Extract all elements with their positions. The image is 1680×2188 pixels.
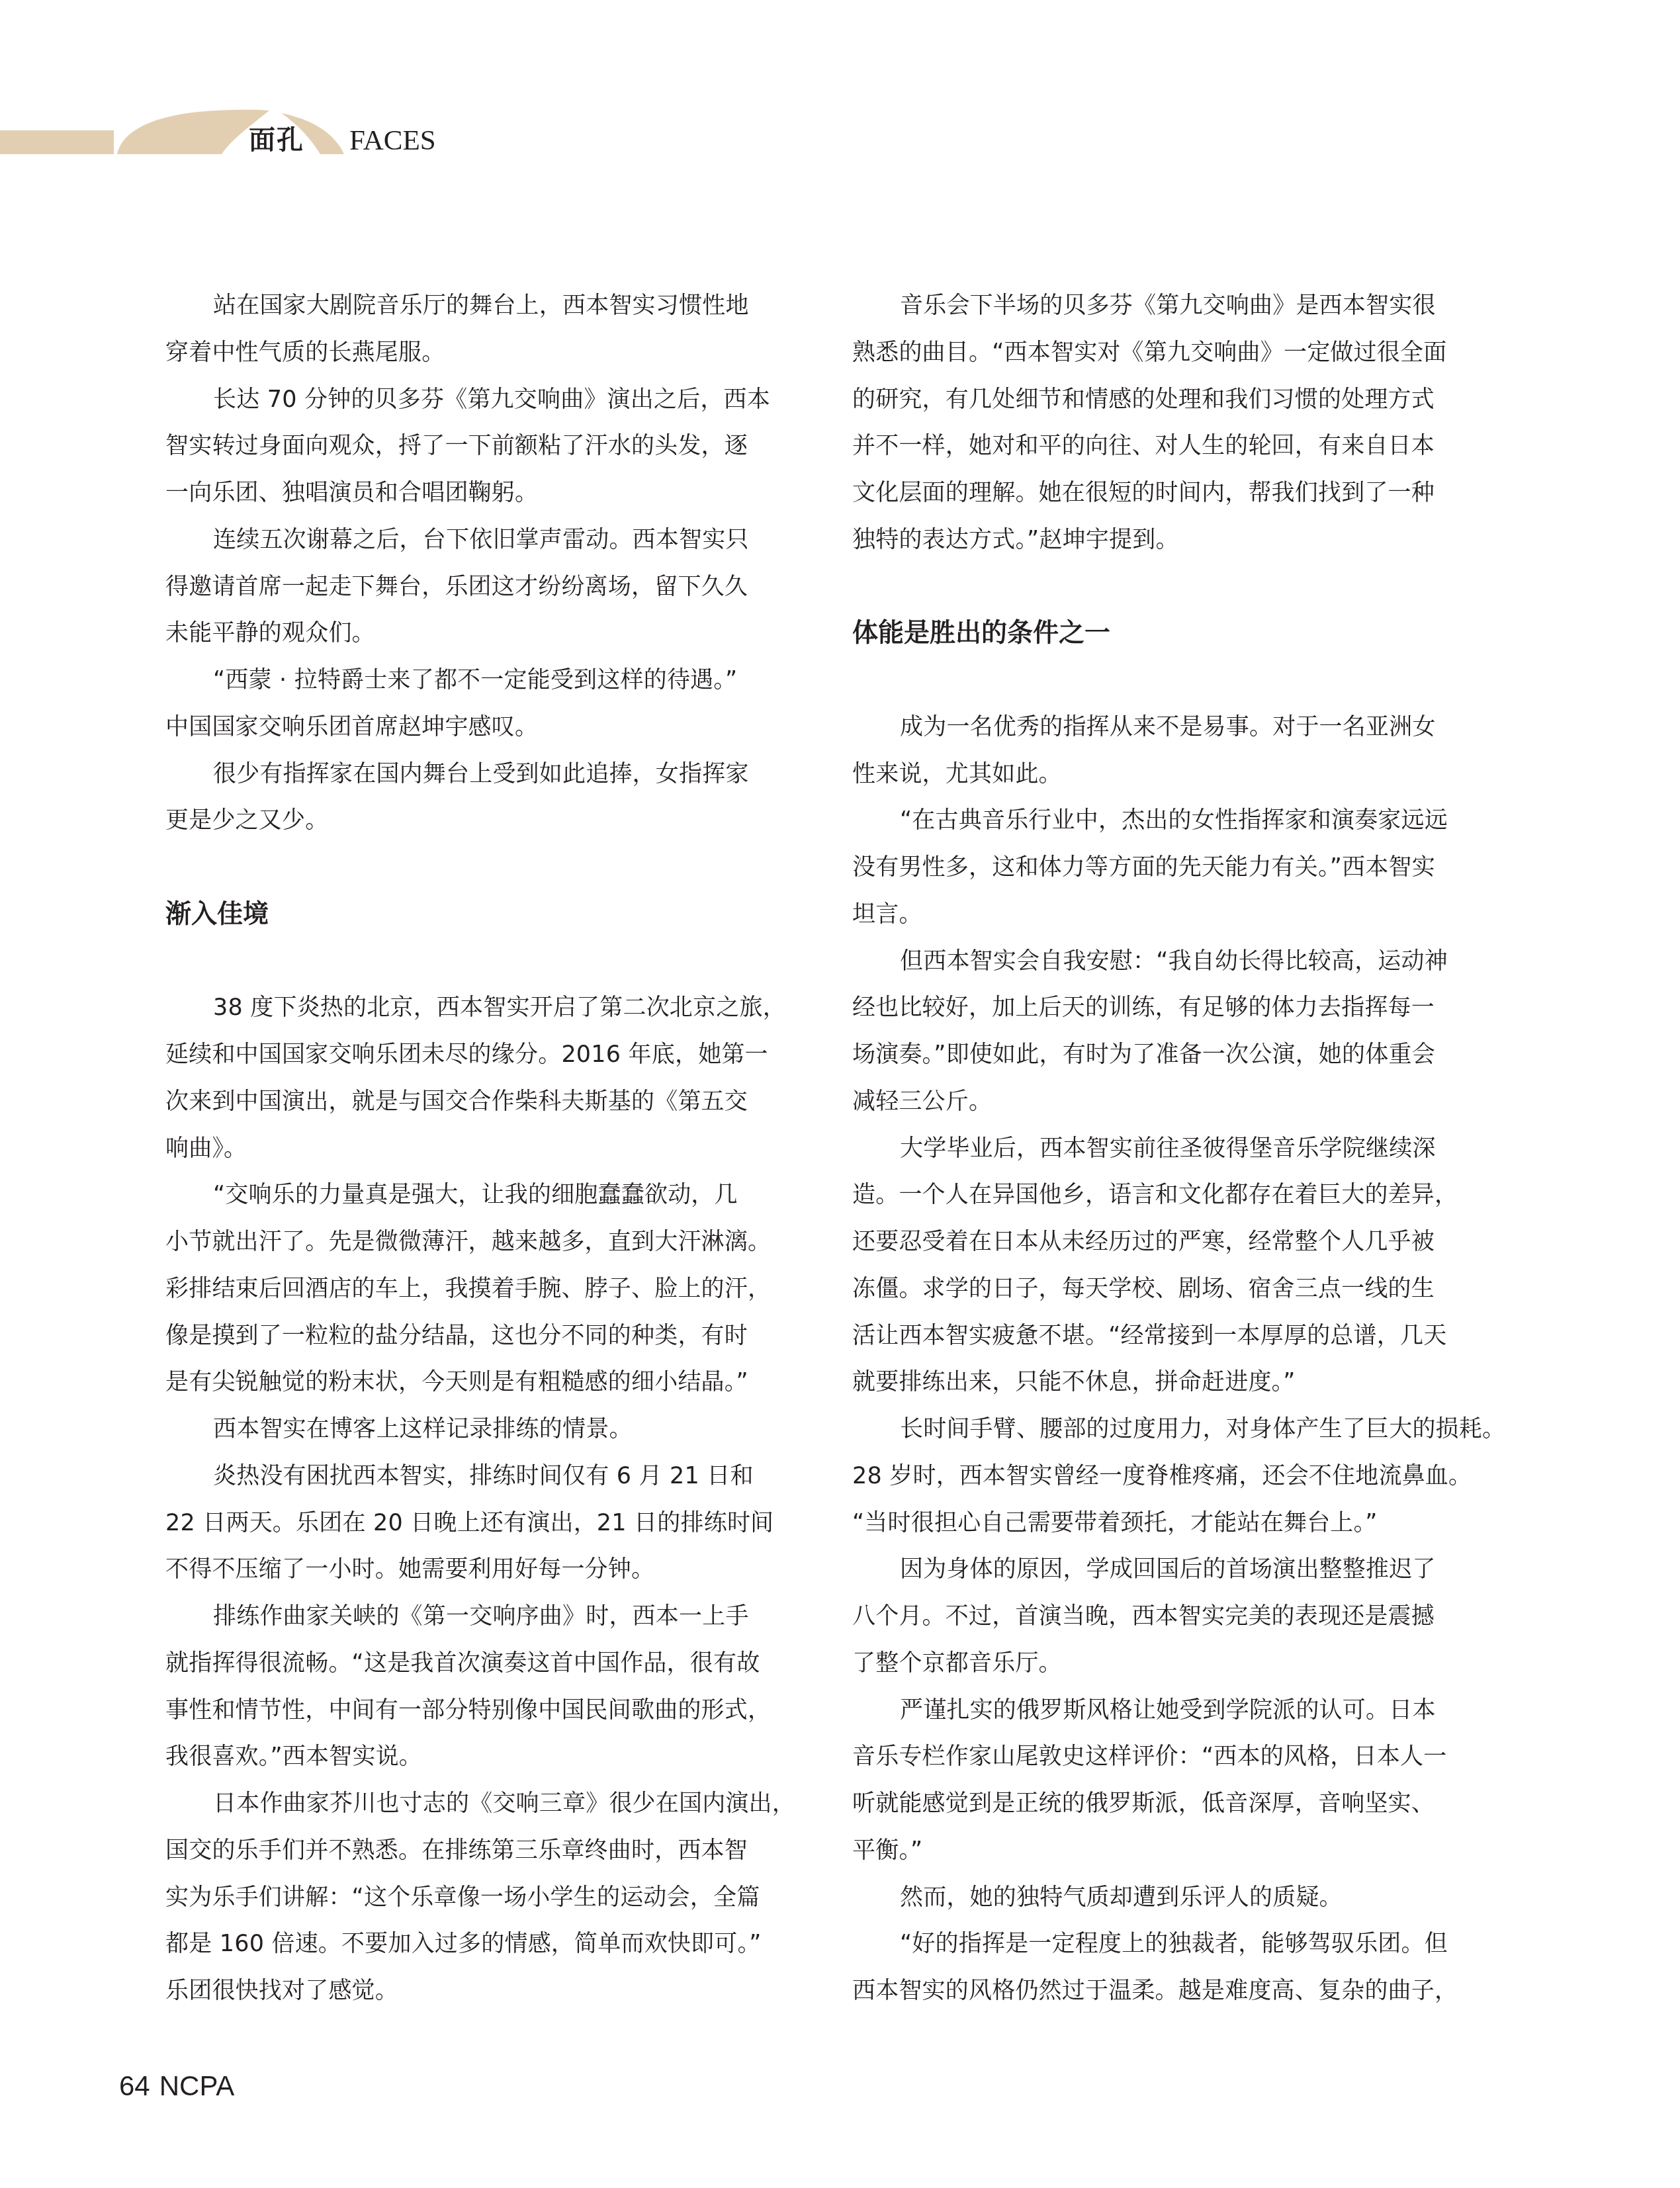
paragraph: “在古典音乐行业中，杰出的女性指挥家和演奏家远远没有男性多，这和体力等方面的先天…	[852, 797, 1504, 938]
text-line: 日本作曲家芥川也寸志的《交响三章》很少在国内演出，	[165, 1780, 817, 1827]
page-number: 64	[119, 2070, 150, 2101]
right-column: 音乐会下半场的贝多芬《第九交响曲》是西本智实很熟悉的曲目。“西本智实对《第九交响…	[852, 283, 1504, 2015]
text-line: 坦言。	[852, 891, 1504, 938]
header-dome	[117, 110, 269, 154]
text-line: 冻僵。求学的日子，每天学校、剧场、宿舍三点一线的生	[852, 1266, 1504, 1313]
text-line: 智实转过身面向观众，捋了一下前额粘了汗水的头发，逐	[165, 423, 817, 470]
text-line: 独特的表达方式。”赵坤宇提到。	[852, 517, 1504, 564]
text-line: 更是少之又少。	[165, 797, 817, 844]
text-line: 炎热没有困扰西本智实，排练时间仅有 6 月 21 日和	[165, 1453, 817, 1500]
paragraph: 连续五次谢幕之后，台下依旧掌声雷动。西本智实只得邀请首席一起走下舞台，乐团这才纷…	[165, 517, 817, 657]
paragraph: 音乐会下半场的贝多芬《第九交响曲》是西本智实很熟悉的曲目。“西本智实对《第九交响…	[852, 283, 1504, 564]
text-line: “交响乐的力量真是强大，让我的细胞蠢蠢欲动，几	[165, 1172, 817, 1219]
text-line: “西蒙 · 拉特爵士来了都不一定能受到这样的待遇。”	[165, 657, 817, 704]
text-line: 还要忍受着在日本从未经历过的严寒，经常整个人几乎被	[852, 1219, 1504, 1266]
text-line: 28 岁时，西本智实曾经一度脊椎疼痛，还会不住地流鼻血。	[852, 1453, 1504, 1500]
text-line: 熟悉的曲目。“西本智实对《第九交响曲》一定做过很全面	[852, 329, 1504, 376]
left-section: 38 度下炎热的北京，西本智实开启了第二次北京之旅，延续和中国国家交响乐团未尽的…	[165, 985, 817, 2015]
text-line: 然而，她的独特气质却遭到乐评人的质疑。	[852, 1874, 1504, 1921]
paragraph: 长达 70 分钟的贝多芬《第九交响曲》演出之后，西本智实转过身面向观众，捋了一下…	[165, 376, 817, 517]
text-line: 西本智实在博客上这样记录排练的情景。	[165, 1406, 817, 1453]
text-line: 中国国家交响乐团首席赵坤宇感叹。	[165, 704, 817, 751]
paragraph: 但西本智实会自我安慰：“我自幼长得比较高，运动神经也比较好，加上后天的训练，有足…	[852, 938, 1504, 1125]
paragraph: 因为身体的原因，学成回国后的首场演出整整推迟了八个月。不过，首演当晚，西本智实完…	[852, 1546, 1504, 1686]
paragraph: “好的指挥是一定程度上的独裁者，能够驾驭乐团。但西本智实的风格仍然过于温柔。越是…	[852, 1921, 1504, 2015]
text-line: 了整个京都音乐厅。	[852, 1640, 1504, 1687]
text-line: 减轻三公斤。	[852, 1078, 1504, 1125]
text-line: 听就能感觉到是正统的俄罗斯派，低音深厚，音响坚实、	[852, 1780, 1504, 1827]
text-line: 我很喜欢。”西本智实说。	[165, 1733, 817, 1780]
section-label-en: FACES	[349, 126, 436, 156]
text-line: “在古典音乐行业中，杰出的女性指挥家和演奏家远远	[852, 797, 1504, 844]
text-line: “好的指挥是一定程度上的独裁者，能够驾驭乐团。但	[852, 1921, 1504, 1968]
right-section: 成为一名优秀的指挥从来不是易事。对于一名亚洲女性来说，尤其如此。“在古典音乐行业…	[852, 704, 1504, 2015]
left-intro: 站在国家大剧院音乐厅的舞台上，西本智实习惯性地穿着中性气质的长燕尾服。长达 70…	[165, 283, 817, 844]
text-line: 是有尖锐触觉的粉末状，今天则是有粗糙感的细小结晶。”	[165, 1359, 817, 1406]
text-line: 长时间手臂、腰部的过度用力，对身体产生了巨大的损耗。	[852, 1406, 1504, 1453]
publication-name: NCPA	[159, 2070, 235, 2101]
section-heading-left: 渐入佳境	[165, 891, 817, 938]
text-line: 一向乐团、独唱演员和合唱团鞠躬。	[165, 470, 817, 517]
text-line: 排练作曲家关峡的《第一交响序曲》时，西本一上手	[165, 1593, 817, 1640]
paragraph: 日本作曲家芥川也寸志的《交响三章》很少在国内演出，国交的乐手们并不熟悉。在排练第…	[165, 1780, 817, 2015]
text-line: 连续五次谢幕之后，台下依旧掌声雷动。西本智实只	[165, 517, 817, 564]
text-line: 音乐专栏作家山尾敦史这样评价：“西本的风格，日本人一	[852, 1733, 1504, 1780]
text-line: 响曲》。	[165, 1125, 817, 1172]
text-line: 长达 70 分钟的贝多芬《第九交响曲》演出之后，西本	[165, 376, 817, 423]
text-line: 造。一个人在异国他乡，语言和文化都存在着巨大的差异，	[852, 1172, 1504, 1219]
text-line: 国交的乐手们并不熟悉。在排练第三乐章终曲时，西本智	[165, 1827, 817, 1874]
paragraph: 然而，她的独特气质却遭到乐评人的质疑。	[852, 1874, 1504, 1921]
text-line: 成为一名优秀的指挥从来不是易事。对于一名亚洲女	[852, 704, 1504, 751]
text-line: 小节就出汗了。先是微微薄汗，越来越多，直到大汗淋漓。	[165, 1219, 817, 1266]
text-line: 的研究，有几处细节和情感的处理和我们习惯的处理方式	[852, 376, 1504, 423]
text-line: 八个月。不过，首演当晚，西本智实完美的表现还是震撼	[852, 1593, 1504, 1640]
text-line: 延续和中国国家交响乐团未尽的缘分。2016 年底，她第一	[165, 1031, 817, 1078]
text-line: 乐团很快找对了感觉。	[165, 1968, 817, 2015]
text-line: 并不一样，她对和平的向往、对人生的轮回，有来自日本	[852, 423, 1504, 470]
paragraph: 大学毕业后，西本智实前往圣彼得堡音乐学院继续深造。一个人在异国他乡，语言和文化都…	[852, 1125, 1504, 1407]
text-line: 就指挥得很流畅。“这是我首次演奏这首中国作品，很有故	[165, 1640, 817, 1687]
paragraph: 长时间手臂、腰部的过度用力，对身体产生了巨大的损耗。28 岁时，西本智实曾经一度…	[852, 1406, 1504, 1546]
paragraph: 成为一名优秀的指挥从来不是易事。对于一名亚洲女性来说，尤其如此。	[852, 704, 1504, 798]
text-line: 不得不压缩了一小时。她需要利用好每一分钟。	[165, 1546, 817, 1593]
text-line: 没有男性多，这和体力等方面的先天能力有关。”西本智实	[852, 844, 1504, 891]
text-line: 严谨扎实的俄罗斯风格让她受到学院派的认可。日本	[852, 1687, 1504, 1734]
text-line: 性来说，尤其如此。	[852, 751, 1504, 798]
text-line: 穿着中性气质的长燕尾服。	[165, 329, 817, 376]
text-line: 文化层面的理解。她在很短的时间内，帮我们找到了一种	[852, 470, 1504, 517]
page-footer: 64NCPA	[119, 2070, 234, 2103]
paragraph: 站在国家大剧院音乐厅的舞台上，西本智实习惯性地穿着中性气质的长燕尾服。	[165, 283, 817, 376]
paragraph: 38 度下炎热的北京，西本智实开启了第二次北京之旅，延续和中国国家交响乐团未尽的…	[165, 985, 817, 1172]
text-line: 西本智实的风格仍然过于温柔。越是难度高、复杂的曲子，	[852, 1968, 1504, 2015]
text-line: 但西本智实会自我安慰：“我自幼长得比较高，运动神	[852, 938, 1504, 985]
text-line: 得邀请首席一起走下舞台，乐团这才纷纷离场，留下久久	[165, 564, 817, 611]
text-line: 经也比较好，加上后天的训练，有足够的体力去指挥每一	[852, 985, 1504, 1031]
text-line: 大学毕业后，西本智实前往圣彼得堡音乐学院继续深	[852, 1125, 1504, 1172]
text-line: 38 度下炎热的北京，西本智实开启了第二次北京之旅，	[165, 985, 817, 1031]
text-line: 就要排练出来，只能不休息，拼命赶进度。”	[852, 1359, 1504, 1406]
paragraph: 排练作曲家关峡的《第一交响序曲》时，西本一上手就指挥得很流畅。“这是我首次演奏这…	[165, 1593, 817, 1780]
section-heading-right: 体能是胜出的条件之一	[852, 610, 1504, 657]
text-line: 都是 160 倍速。不要加入过多的情感，简单而欢快即可。”	[165, 1921, 817, 1968]
header-bar	[0, 130, 114, 154]
text-line: 像是摸到了一粒粒的盐分结晶，这也分不同的种类，有时	[165, 1313, 817, 1360]
text-line: 事性和情节性，中间有一部分特别像中国民间歌曲的形式，	[165, 1687, 817, 1734]
text-line: 次来到中国演出，就是与国交合作柴科夫斯基的《第五交	[165, 1078, 817, 1125]
paragraph: 炎热没有困扰西本智实，排练时间仅有 6 月 21 日和22 日两天。乐团在 20…	[165, 1453, 817, 1593]
text-line: 很少有指挥家在国内舞台上受到如此追捧，女指挥家	[165, 751, 817, 798]
paragraph: 严谨扎实的俄罗斯风格让她受到学院派的认可。日本音乐专栏作家山尾敦史这样评价：“西…	[852, 1687, 1504, 1874]
text-line: 因为身体的原因，学成回国后的首场演出整整推迟了	[852, 1546, 1504, 1593]
section-label-cn: 面孔	[249, 126, 304, 155]
paragraph: 很少有指挥家在国内舞台上受到如此追捧，女指挥家更是少之又少。	[165, 751, 817, 845]
text-line: 音乐会下半场的贝多芬《第九交响曲》是西本智实很	[852, 283, 1504, 329]
paragraph: “交响乐的力量真是强大，让我的细胞蠢蠢欲动，几小节就出汗了。先是微微薄汗，越来越…	[165, 1172, 817, 1406]
paragraph: “西蒙 · 拉特爵士来了都不一定能受到这样的待遇。”中国国家交响乐团首席赵坤宇感…	[165, 657, 817, 751]
text-line: 活让西本智实疲惫不堪。“经常接到一本厚厚的总谱，几天	[852, 1313, 1504, 1360]
text-line: 平衡。”	[852, 1827, 1504, 1874]
text-line: 未能平静的观众们。	[165, 610, 817, 657]
text-line: 22 日两天。乐团在 20 日晚上还有演出，21 日的排练时间	[165, 1500, 817, 1547]
text-line: 站在国家大剧院音乐厅的舞台上，西本智实习惯性地	[165, 283, 817, 329]
text-line: 场演奏。”即使如此，有时为了准备一次公演，她的体重会	[852, 1031, 1504, 1078]
right-intro: 音乐会下半场的贝多芬《第九交响曲》是西本智实很熟悉的曲目。“西本智实对《第九交响…	[852, 283, 1504, 564]
paragraph: 西本智实在博客上这样记录排练的情景。	[165, 1406, 817, 1453]
left-column: 站在国家大剧院音乐厅的舞台上，西本智实习惯性地穿着中性气质的长燕尾服。长达 70…	[165, 283, 817, 2015]
text-line: “当时很担心自己需要带着颈托，才能站在舞台上。”	[852, 1500, 1504, 1547]
text-line: 彩排结束后回酒店的车上，我摸着手腕、脖子、脸上的汗，	[165, 1266, 817, 1313]
text-line: 实为乐手们讲解：“这个乐章像一场小学生的运动会，全篇	[165, 1874, 817, 1921]
